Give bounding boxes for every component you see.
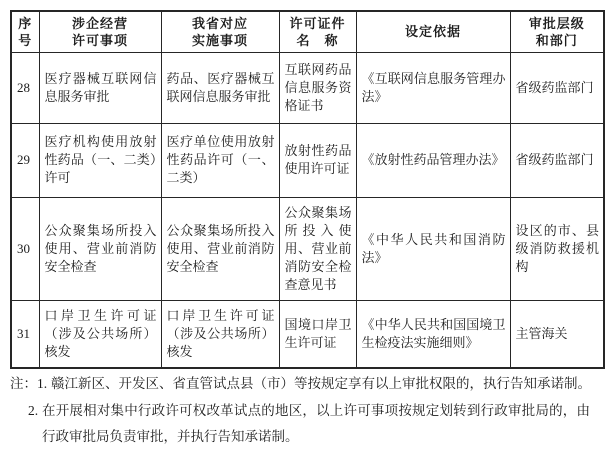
- cell-provincial-item: 医疗单位使用放射性药品许可（一、二类）: [161, 123, 279, 197]
- note-number: 2.: [28, 398, 42, 425]
- cell-serial: 28: [11, 52, 39, 123]
- header-label: 审批层级: [513, 15, 602, 32]
- cell-legal-basis: 《中华人民共和国消防法》: [356, 197, 510, 300]
- cell-legal-basis: 《互联网信息服务管理办法》: [356, 52, 510, 123]
- cell-approval-authority: 省级药监部门: [510, 52, 604, 123]
- note-text: 赣江新区、开发区、省直管试点县（市）等按规定享有以上审批权限的，执行告知承诺制。: [51, 371, 591, 398]
- cell-licensing-item: 公众聚集场所投入使用、营业前消防安全检查: [39, 197, 161, 300]
- header-label: 涉企经营: [42, 15, 159, 32]
- cell-serial: 31: [11, 300, 39, 368]
- cell-certificate-name: 互联网药品信息服务资格证书: [279, 52, 356, 123]
- cell-licensing-item: 医疗机构使用放射性药品（一、二类）许可: [39, 123, 161, 197]
- cell-legal-basis: 《中华人民共和国国境卫生检疫法实施细则》: [356, 300, 510, 368]
- cell-approval-authority: 设区的市、县级消防救援机构: [510, 197, 604, 300]
- header-label: 和部门: [513, 32, 602, 49]
- header-label: 设定依据: [359, 23, 508, 40]
- cell-approval-authority: 主管海关: [510, 300, 604, 368]
- note-text: 在开展相对集中行政许可权改革试点的地区，以上许可事项按规定划转到行政审批局的，由…: [42, 398, 590, 450]
- cell-provincial-item: 口岸卫生许可证（涉及公共场所）核发: [161, 300, 279, 368]
- header-label: 许可事项: [42, 32, 159, 49]
- cell-approval-authority: 省级药监部门: [510, 123, 604, 197]
- cell-provincial-item: 公众聚集场所投入使用、营业前消防安全检查: [161, 197, 279, 300]
- note-number: 1.: [37, 371, 51, 398]
- header-label: 实施事项: [164, 32, 277, 49]
- col-header-legal-basis: 设定依据: [356, 11, 510, 52]
- cell-legal-basis: 《放射性药品管理办法》: [356, 123, 510, 197]
- cell-certificate-name: 放射性药品使用许可证: [279, 123, 356, 197]
- col-header-provincial-item: 我省对应实施事项: [161, 11, 279, 52]
- table-row: 29 医疗机构使用放射性药品（一、二类）许可 医疗单位使用放射性药品许可（一、二…: [11, 123, 604, 197]
- table-header-row: 序号 涉企经营许可事项 我省对应实施事项 许可证件名 称 设定依据 审批层级和部…: [11, 11, 604, 52]
- cell-serial: 29: [11, 123, 39, 197]
- col-header-serial: 序号: [11, 11, 39, 52]
- cell-licensing-item: 医疗器械互联网信息服务审批: [39, 52, 161, 123]
- header-label: 序号: [14, 15, 37, 49]
- table-row: 28 医疗器械互联网信息服务审批 药品、医疗器械互联网信息服务审批 互联网药品信…: [11, 52, 604, 123]
- cell-licensing-item: 口岸卫生许可证（涉及公共场所）核发: [39, 300, 161, 368]
- header-label: 名 称: [282, 32, 354, 49]
- note-item: 注： 1. 赣江新区、开发区、省直管试点县（市）等按规定享有以上审批权限的，执行…: [10, 371, 606, 398]
- table-row: 30 公众聚集场所投入使用、营业前消防安全检查 公众聚集场所投入使用、营业前消防…: [11, 197, 604, 300]
- document-page: 序号 涉企经营许可事项 我省对应实施事项 许可证件名 称 设定依据 审批层级和部…: [0, 0, 614, 450]
- table-row: 31 口岸卫生许可证（涉及公共场所）核发 口岸卫生许可证（涉及公共场所）核发 国…: [11, 300, 604, 368]
- cell-certificate-name: 国境口岸卫生许可证: [279, 300, 356, 368]
- cell-provincial-item: 药品、医疗器械互联网信息服务审批: [161, 52, 279, 123]
- cell-serial: 30: [11, 197, 39, 300]
- col-header-certificate-name: 许可证件名 称: [279, 11, 356, 52]
- note-label: 注：: [10, 371, 37, 398]
- col-header-licensing-item: 涉企经营许可事项: [39, 11, 161, 52]
- note-item: 2. 在开展相对集中行政许可权改革试点的地区，以上许可事项按规定划转到行政审批局…: [28, 398, 606, 450]
- licensing-table: 序号 涉企经营许可事项 我省对应实施事项 许可证件名 称 设定依据 审批层级和部…: [10, 10, 605, 369]
- header-label: 我省对应: [164, 15, 277, 32]
- notes-section: 注： 1. 赣江新区、开发区、省直管试点县（市）等按规定享有以上审批权限的，执行…: [10, 371, 606, 450]
- col-header-approval-authority: 审批层级和部门: [510, 11, 604, 52]
- header-label: 许可证件: [282, 15, 354, 32]
- cell-certificate-name: 公众聚集场所投入使用、营业前消防安全检查意见书: [279, 197, 356, 300]
